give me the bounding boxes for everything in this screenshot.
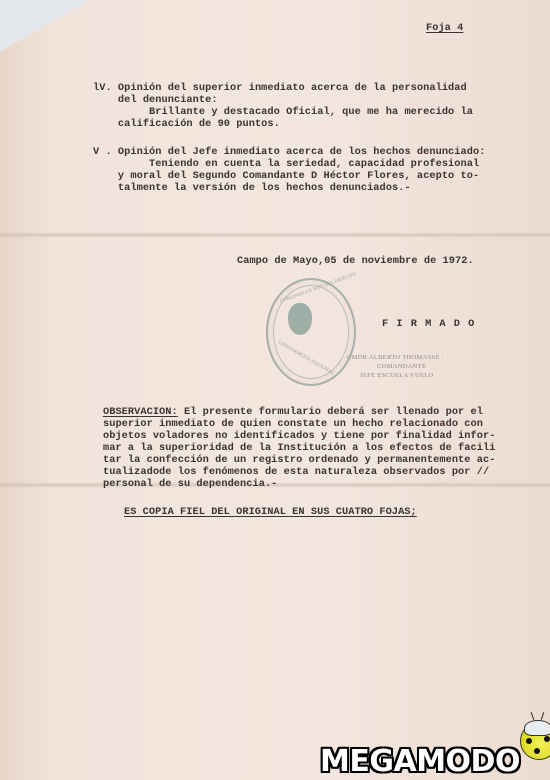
section-v-line: talmente la versión de los hechos denunc… [93, 183, 411, 195]
brand-wordmark: MEGAMODO [320, 744, 520, 779]
ladybug-spot [526, 738, 532, 744]
section-v-line: y moral del Segundo Comandante D Héctor … [93, 171, 479, 183]
observation-text: El presente formulario deberá ser llenad… [178, 406, 483, 418]
signature-rank: COMANDANTE [377, 363, 426, 370]
document-page: Foja 4 lV. Opinión del superior inmediat… [0, 0, 550, 780]
section-v-line: Teniendo en cuenta la seriedad, capacida… [93, 159, 479, 171]
coat-of-arms-icon [288, 303, 312, 335]
section-iv-line: Brillante y destacado Oficial, que me ha… [93, 107, 473, 119]
observation-line: superior inmediato de quien constate un … [103, 419, 483, 431]
folio-number: Foja 4 [426, 23, 463, 35]
observation-line: personal de su dependencia.- [103, 479, 277, 491]
observation-first-line: OBSERVACION: El presente formulario debe… [103, 407, 483, 419]
observation-label: OBSERVACION: [103, 406, 178, 418]
section-iv-line: calificación de 90 puntos. [93, 119, 280, 131]
bug-antenna [541, 712, 545, 720]
observation-line: mar a la superioridad de la Institución … [103, 443, 495, 455]
paper-fold-line [0, 232, 550, 238]
ladybug-spot [534, 748, 540, 754]
folded-corner [0, 0, 90, 52]
observation-line: tualizadode los fenómenos de esta natura… [103, 467, 489, 479]
signature-position: JEFE ESCUELA VUELO [360, 372, 434, 379]
stamp-ring [266, 278, 356, 386]
bug-antenna [531, 712, 535, 720]
signed-label: F I R M A D O [382, 319, 475, 331]
section-iv-line: lV. Opinión del superior inmediato acerc… [93, 83, 467, 95]
observation-line: tar la confección de un registro ordenad… [103, 455, 495, 467]
ladybug-head [524, 720, 550, 736]
section-v-line: V . Opinión del Jefe inmediato acerca de… [93, 147, 485, 159]
ladybug-spot [544, 736, 550, 742]
megamodo-watermark: MEGAMODO [320, 704, 550, 780]
section-iv-line: del denunciante: [93, 95, 218, 107]
signature-name: CMDR ALBERTO THOMASSE : [347, 354, 444, 361]
place-and-date: Campo de Mayo,05 de noviembre de 1972. [237, 256, 474, 268]
observation-line: objetos voladores no identificados y tie… [103, 431, 495, 443]
certification-line: ES COPIA FIEL DEL ORIGINAL EN SUS CUATRO… [124, 507, 417, 519]
